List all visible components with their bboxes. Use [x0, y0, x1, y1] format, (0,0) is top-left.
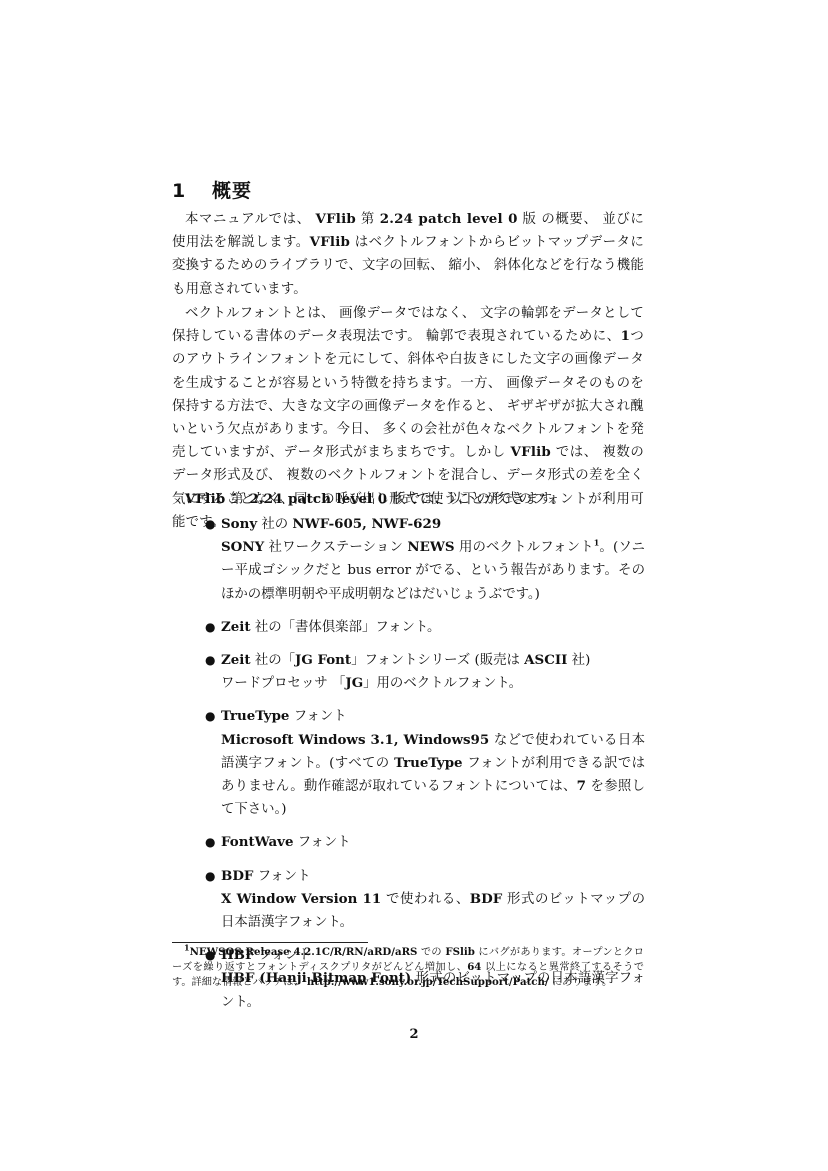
text-bold: NEWSOS Release 4.2.1C/R/RN/aRD/aRS: [190, 946, 418, 958]
list-item-zeit-jg: ● Zeit 社の「JG Font」フォントシリーズ (販売は ASCII 社)…: [205, 649, 645, 695]
list-item-fontwave: ● FontWave フォント: [205, 831, 645, 854]
section-reference-link[interactable]: 7: [577, 778, 586, 794]
page-number: 2: [0, 1027, 828, 1042]
item-title: 社の: [257, 517, 292, 532]
text: 」用のベクトルフォント。: [363, 676, 522, 691]
text-bold: Microsoft Windows 3.1, Windows95: [221, 732, 489, 748]
text-bold: VFlib: [316, 211, 356, 227]
text: 第: [356, 212, 380, 227]
text-bold: VFlib: [310, 234, 350, 250]
bullet-icon: ●: [205, 831, 215, 854]
text-bold: VFlib: [511, 444, 551, 460]
item-title-bold: Zeit: [221, 652, 251, 668]
item-title-bold: JG Font: [295, 652, 351, 668]
text-bold: 2.24 patch level 0: [380, 211, 518, 227]
bullet-icon: ●: [205, 705, 215, 728]
item-title-bold: Zeit: [221, 619, 251, 635]
list-item-sony: ● Sony 社の NWF-605, NWF-629 SONY 社ワークステーシ…: [205, 513, 645, 606]
item-title: 」フォントシリーズ (販売は: [351, 653, 524, 668]
paragraph-intro: 本マニュアルでは、 VFlib 第 2.24 patch level 0 版 の…: [172, 208, 644, 301]
bullet-icon: ●: [205, 616, 215, 639]
section-title: 概要: [212, 180, 252, 202]
item-description: ワードプロセッサ 「JG」用のベクトルフォント。: [221, 672, 645, 695]
bullet-icon: ●: [205, 865, 215, 888]
text: bus error: [347, 563, 411, 578]
list-item-zeit-shotai: ● Zeit 社の「書体倶楽部」フォント。: [205, 616, 645, 639]
item-title-bold: BDF: [221, 868, 253, 884]
text-bold: 1: [621, 328, 631, 344]
patch-url-link[interactable]: http://www1.sony.or.jp/TechSupport/Patch…: [307, 976, 549, 988]
text: にあります。: [549, 977, 613, 988]
text: 第: [225, 492, 249, 507]
text-bold: SONY: [221, 539, 264, 555]
section-number: 1: [172, 180, 212, 202]
text: ワードプロセッサ 「: [221, 676, 345, 691]
text: ベクトルフォントとは、 画像データではなく、 文字の輪郭をデータとして保持してい…: [172, 306, 644, 344]
text-bold: 2.24 patch level 0: [249, 491, 387, 507]
text: で使われる、: [381, 892, 470, 907]
text: つのアウトラインフォントを元にして、斜体や白抜きにした文字の画像データを生成する…: [172, 329, 644, 460]
footnote-divider: [172, 942, 368, 943]
item-title-bold: FontWave: [221, 834, 293, 850]
text-bold: VFlib: [185, 491, 225, 507]
item-title: 社の「書体倶楽部」フォント。: [251, 620, 441, 635]
section-heading: 1概要: [172, 176, 252, 203]
list-item-bdf: ● BDF フォント X Window Version 11 で使われる、BDF…: [205, 865, 645, 935]
item-title: 社): [567, 653, 590, 668]
text-bold: NEWS: [407, 539, 454, 555]
text: 用のベクトルフォント: [455, 540, 594, 555]
item-title-bold: Sony: [221, 516, 257, 532]
text: での: [417, 947, 445, 958]
item-title-bold: NWF-605, NWF-629: [292, 516, 441, 532]
paragraph-vector-fonts: ベクトルフォントとは、 画像データではなく、 文字の輪郭をデータとして保持してい…: [172, 302, 644, 511]
item-title: フォント: [253, 869, 310, 884]
text: 本マニュアルでは、: [185, 212, 316, 227]
text-bold: BDF: [470, 891, 502, 907]
item-title: 社の「: [251, 653, 295, 668]
bullet-icon: ●: [205, 649, 215, 672]
text-bold: 64: [467, 961, 481, 973]
item-title: フォント: [289, 709, 346, 724]
item-title-bold: TrueType: [221, 708, 289, 724]
footnote: 1NEWSOS Release 4.2.1C/R/RN/aRD/aRS での F…: [172, 945, 644, 991]
text-bold: JG: [345, 675, 363, 691]
item-description: SONY 社ワークステーション NEWS 用のベクトルフォント1。(ソニー平成ゴ…: [221, 536, 645, 606]
item-title: フォント: [293, 835, 350, 850]
list-item-truetype: ● TrueType フォント Microsoft Windows 3.1, W…: [205, 705, 645, 821]
text-bold: FSlib: [445, 946, 474, 958]
item-description: X Window Version 11 で使われる、BDF 形式のビットマップの…: [221, 888, 645, 934]
bullet-icon: ●: [205, 513, 215, 536]
text-bold: X Window Version 11: [221, 891, 381, 907]
item-description: Microsoft Windows 3.1, Windows95 などで使われて…: [221, 729, 645, 822]
item-title-bold: ASCII: [524, 652, 567, 668]
text: 社ワークステーション: [264, 540, 407, 555]
text-bold: TrueType: [394, 755, 462, 771]
